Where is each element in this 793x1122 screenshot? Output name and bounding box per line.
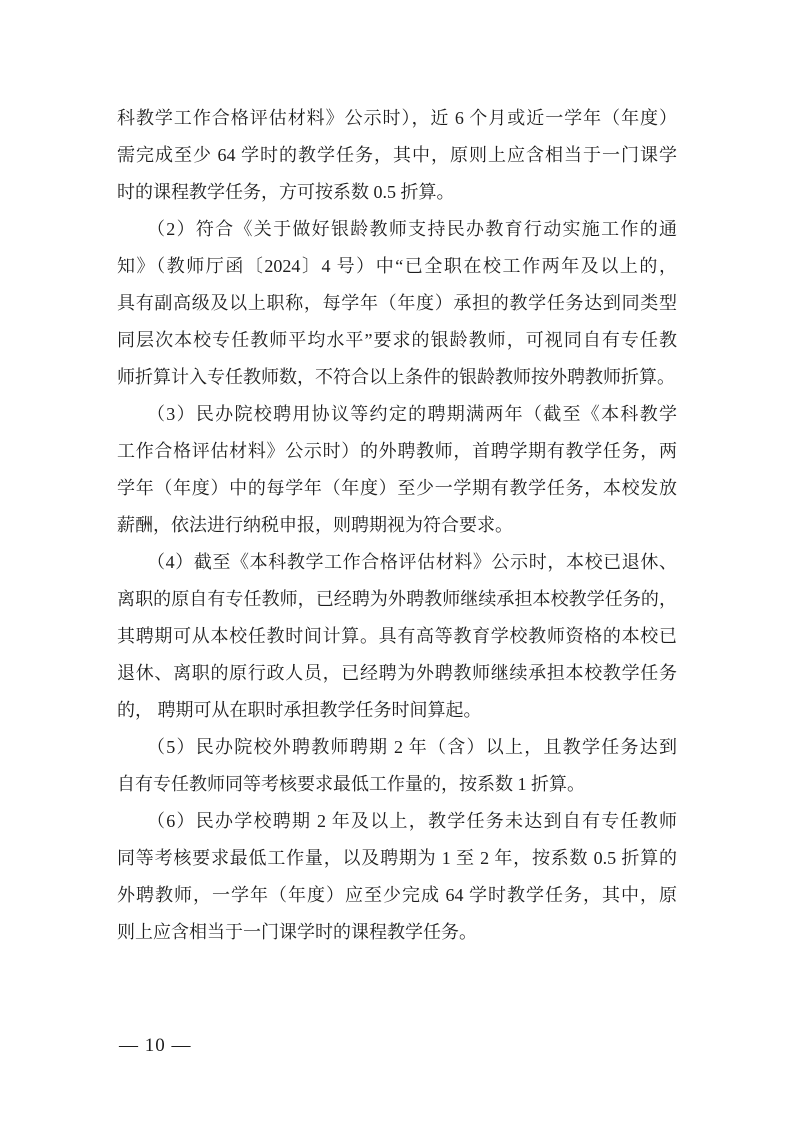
document-body: 科教学工作合格评估材料》公示时），近 6 个月或近一学年（年度）需完成至少 64… — [117, 100, 677, 951]
text-line: 具有副高级及以上职称，每学年（年度）承担的教学任务达到同类型 — [117, 285, 677, 322]
text-line: 学年（年度）中的每学年（年度）至少一学期有教学任务，本校发放 — [117, 470, 677, 507]
document-page: 科教学工作合格评估材料》公示时），近 6 个月或近一学年（年度）需完成至少 64… — [0, 0, 793, 1122]
text-line: 外聘教师，一学年（年度）应至少完成 64 学时教学任务，其中，原 — [117, 877, 677, 914]
text-line: （2）符合《关于做好银龄教师支持民办教育行动实施工作的通 — [117, 211, 677, 248]
text-line: 时的课程教学任务，方可按系数 0.5 折算。 — [117, 174, 677, 211]
text-line: （6）民办学校聘期 2 年及以上，教学任务未达到自有专任教师 — [117, 803, 677, 840]
text-line: （4）截至《本科教学工作合格评估材料》公示时，本校已退休、 — [117, 544, 677, 581]
text-line: 工作合格评估材料》公示时）的外聘教师，首聘学期有教学任务，两 — [117, 433, 677, 470]
text-line: 需完成至少 64 学时的教学任务，其中，原则上应含相当于一门课学 — [117, 137, 677, 174]
text-line: 师折算计入专任教师数，不符合以上条件的银龄教师按外聘教师折算。 — [117, 359, 677, 396]
text-line: （5）民办院校外聘教师聘期 2 年（含）以上，且教学任务达到 — [117, 729, 677, 766]
paragraph: （5）民办院校外聘教师聘期 2 年（含）以上，且教学任务达到自有专任教师同等考核… — [117, 729, 677, 803]
paragraph: 科教学工作合格评估材料》公示时），近 6 个月或近一学年（年度）需完成至少 64… — [117, 100, 677, 211]
page-number: — 10 — — [119, 1032, 192, 1060]
paragraph: （6）民办学校聘期 2 年及以上，教学任务未达到自有专任教师同等考核要求最低工作… — [117, 803, 677, 951]
text-line: 退休、离职的原行政人员，已经聘为外聘教师继续承担本校教学任务 — [117, 655, 677, 692]
text-line: 则上应含相当于一门课学时的课程教学任务。 — [117, 914, 677, 951]
text-line: 离职的原自有专任教师，已经聘为外聘教师继续承担本校教学任务的， — [117, 581, 677, 618]
text-line: 同等考核要求最低工作量，以及聘期为 1 至 2 年，按系数 0.5 折算的 — [117, 840, 677, 877]
text-line: 薪酬，依法进行纳税申报，则聘期视为符合要求。 — [117, 507, 677, 544]
paragraph: （2）符合《关于做好银龄教师支持民办教育行动实施工作的通知》（教师厅函〔2024… — [117, 211, 677, 396]
text-line: 知》（教师厅函〔2024〕4 号）中“已全职在校工作两年及以上的， — [117, 248, 677, 285]
text-line: 其聘期可从本校任教时间计算。具有高等教育学校教师资格的本校已 — [117, 618, 677, 655]
paragraph: （3）民办院校聘用协议等约定的聘期满两年（截至《本科教学工作合格评估材料》公示时… — [117, 396, 677, 544]
text-line: 的， 聘期可从在职时承担教学任务时间算起。 — [117, 692, 677, 729]
text-line: 自有专任教师同等考核要求最低工作量的，按系数 1 折算。 — [117, 766, 677, 803]
text-line: （3）民办院校聘用协议等约定的聘期满两年（截至《本科教学 — [117, 396, 677, 433]
text-line: 同层次本校专任教师平均水平”要求的银龄教师，可视同自有专任教 — [117, 322, 677, 359]
paragraph: （4）截至《本科教学工作合格评估材料》公示时，本校已退休、离职的原自有专任教师，… — [117, 544, 677, 729]
text-line: 科教学工作合格评估材料》公示时），近 6 个月或近一学年（年度） — [117, 100, 677, 137]
